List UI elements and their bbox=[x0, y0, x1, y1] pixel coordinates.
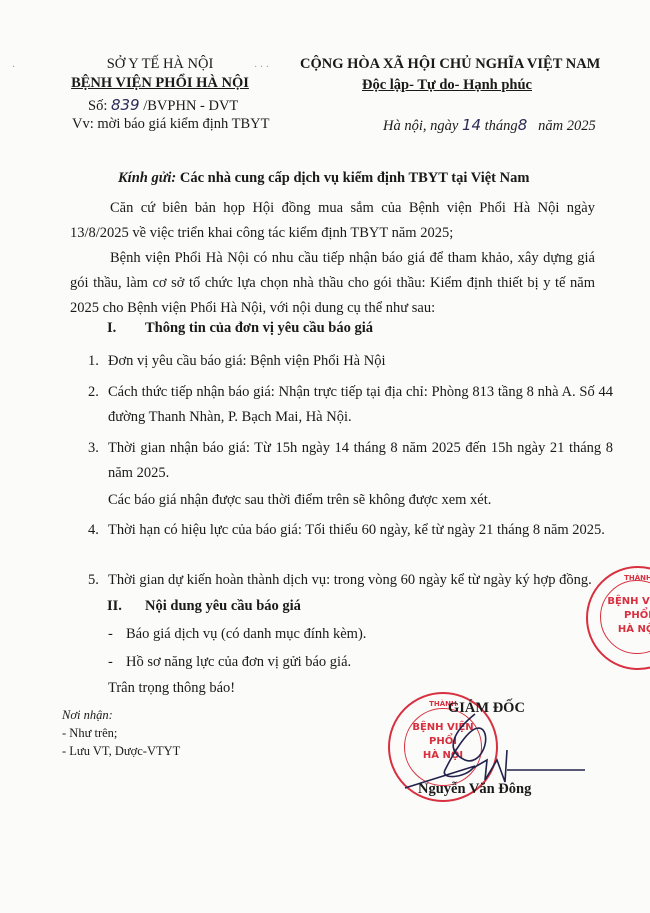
recipient-line: Kính gửi: Các nhà cung cấp dịch vụ kiểm … bbox=[118, 170, 529, 187]
list-number: 2. bbox=[88, 380, 99, 405]
list-item: 4. Thời hạn có hiệu lực của báo giá: Tối… bbox=[88, 518, 613, 543]
organization-name: BỆNH VIỆN PHỔI HÀ NỘI bbox=[0, 75, 320, 92]
list-text: Thời gian dự kiến hoàn thành dịch vụ: tr… bbox=[108, 572, 592, 588]
list-number: 4. bbox=[88, 518, 99, 543]
scan-speck: · bbox=[12, 62, 15, 73]
nation-title: CỘNG HÒA XÃ HỘI CHỦ NGHĨA VIỆT NAM bbox=[300, 56, 600, 73]
list-text: Đơn vị yêu cầu báo giá: Bệnh viện Phổi H… bbox=[108, 353, 385, 369]
list-text: Thời gian nhận báo giá: Từ 15h ngày 14 t… bbox=[108, 440, 613, 481]
date-day: 14 bbox=[462, 116, 481, 134]
number-handwritten: 839 bbox=[111, 96, 140, 114]
section-1-title: Thông tin của đơn vị yêu cầu báo giá bbox=[145, 320, 373, 337]
list-number: 1. bbox=[88, 349, 99, 374]
section-2-title: Nội dung yêu cầu báo giá bbox=[145, 598, 301, 615]
document-number: Số: 839 /BVPHN - DVT bbox=[88, 96, 238, 115]
paragraph-basis: Căn cứ biên bản họp Hội đồng mua sắm của… bbox=[70, 196, 595, 246]
list-item: 2. Cách thức tiếp nhận báo giá: Nhận trự… bbox=[88, 380, 613, 430]
list-item: 5. Thời gian dự kiến hoàn thành dịch vụ:… bbox=[88, 568, 613, 593]
list-text: Thời hạn có hiệu lực của báo giá: Tối th… bbox=[108, 522, 605, 538]
list-text: Báo giá dịch vụ (có danh mục đính kèm). bbox=[126, 626, 366, 643]
department-name: SỞ Y TẾ HÀ NỘI bbox=[0, 56, 320, 73]
scan-speck: · · · bbox=[254, 62, 269, 73]
date-year: năm 2025 bbox=[538, 118, 596, 134]
stamp-line: BỆNH VIỆN bbox=[588, 596, 650, 608]
list-item: 1. Đơn vị yêu cầu báo giá: Bệnh viện Phổ… bbox=[88, 349, 613, 374]
handwritten-signature bbox=[395, 710, 595, 790]
late-quote-note: Các báo giá nhận được sau thời điểm trên… bbox=[108, 492, 491, 509]
stamp-line: HÀ NỘI bbox=[588, 624, 650, 636]
dash-bullet: - bbox=[108, 626, 113, 643]
list-item: 3. Thời gian nhận báo giá: Từ 15h ngày 1… bbox=[88, 436, 613, 486]
date-month-label: tháng bbox=[485, 118, 518, 134]
recipients-label: Nơi nhận: bbox=[62, 708, 113, 723]
dash-bullet: - bbox=[108, 654, 113, 671]
recipients-item: - Lưu VT, Dược-VTYT bbox=[62, 744, 180, 759]
date-prefix: Hà nội, ngày bbox=[383, 118, 458, 134]
number-suffix: /BVPHN - DVT bbox=[143, 98, 238, 114]
list-number: 5. bbox=[88, 568, 99, 593]
paragraph-request: Bệnh viện Phổi Hà Nội có nhu cầu tiếp nh… bbox=[70, 246, 595, 321]
closing-line: Trân trọng thông báo! bbox=[108, 680, 235, 697]
stamp-top-text: THÀNH bbox=[588, 572, 650, 584]
section-2-roman: II. bbox=[107, 598, 122, 615]
stamp-line: PHỔI bbox=[588, 610, 650, 622]
list-text: Cách thức tiếp nhận báo giá: Nhận trực t… bbox=[108, 384, 613, 425]
signer-name: Nguyễn Văn Đông bbox=[418, 781, 531, 798]
list-number: 3. bbox=[88, 436, 99, 461]
page-edge-stamp: THÀNH BỆNH VIỆN PHỔI HÀ NỘI bbox=[586, 566, 650, 670]
section-1-roman: I. bbox=[107, 320, 116, 337]
date-month: 8 bbox=[518, 116, 528, 134]
number-label: Số: bbox=[88, 98, 107, 114]
recipients-item: - Như trên; bbox=[62, 726, 117, 741]
recipient-label: Kính gửi: bbox=[118, 170, 176, 186]
list-text: Hồ sơ năng lực của đơn vị gửi báo giá. bbox=[126, 654, 351, 671]
motto: Độc lập- Tự do- Hạnh phúc bbox=[362, 77, 532, 94]
date-line: Hà nội, ngày 14 tháng8 năm 2025 bbox=[383, 116, 596, 135]
recipient-value: Các nhà cung cấp dịch vụ kiểm định TBYT … bbox=[180, 170, 530, 186]
subject-line: Vv: mời báo giá kiểm định TBYT bbox=[72, 116, 270, 133]
